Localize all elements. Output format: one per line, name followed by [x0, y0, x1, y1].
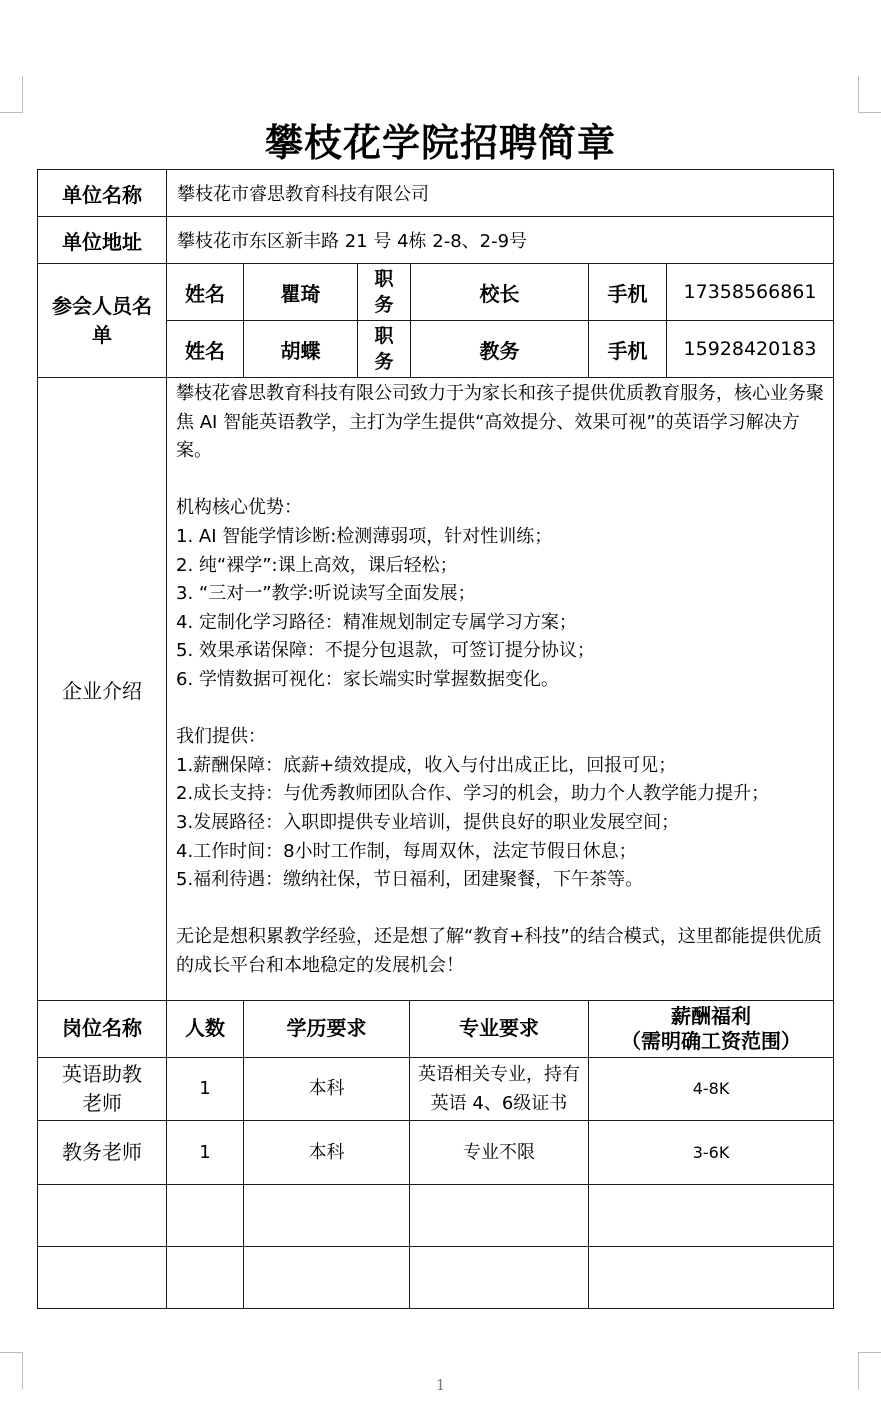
position-salary	[589, 1184, 834, 1246]
offer-item: 1.薪酬保障：底薪+绩效提成，收入与付出成正比，回报可见；	[176, 752, 825, 781]
attendee-title-label: 职务	[358, 264, 411, 321]
offer-item: 5.福利待遇：缴纳社保，节日福利，团建聚餐，下午茶等。	[176, 866, 825, 895]
advantage-item: 4. 定制化学习路径：精准规划制定专属学习方案；	[176, 609, 825, 638]
attendee-phone-label: 手机	[589, 264, 667, 321]
header-salary-line1: 薪酬福利	[589, 1004, 833, 1029]
position-salary: 4-8K	[589, 1057, 834, 1120]
attendee-name: 瞿琦	[244, 264, 358, 321]
position-row-empty	[38, 1246, 834, 1308]
advantage-item: 3. “三对一”教学:听说读写全面发展；	[176, 580, 825, 609]
advantage-item: 1. AI 智能学情诊断:检测薄弱项，针对性训练；	[176, 523, 825, 552]
position-row-empty	[38, 1184, 834, 1246]
position-education	[244, 1184, 410, 1246]
offer-item: 4.工作时间：8小时工作制，每周双休，法定节假日休息；	[176, 838, 825, 867]
company-address-value: 攀枝花市东区新丰路 21 号 4栋 2-8、2-9号	[167, 217, 834, 264]
position-education	[244, 1246, 410, 1308]
header-salary: 薪酬福利 （需明确工资范围）	[589, 1000, 834, 1057]
header-position: 岗位名称	[38, 1000, 167, 1057]
position-count	[167, 1246, 244, 1308]
position-education: 本科	[244, 1057, 410, 1120]
offer-item: 2.成长支持：与优秀教师团队合作、学习的机会，助力个人教学能力提升；	[176, 780, 825, 809]
position-row: 英语助教老师 1 本科 英语相关专业，持有英语 4、6级证书 4-8K	[38, 1057, 834, 1120]
position-row: 教务老师 1 本科 专业不限 3-6K	[38, 1120, 834, 1184]
attendee-name: 胡蝶	[244, 321, 358, 378]
attendee-name-label: 姓名	[167, 264, 244, 321]
page-corner-mark	[858, 76, 881, 113]
attendee-title-label: 职务	[358, 321, 411, 378]
position-major: 英语相关专业，持有英语 4、6级证书	[410, 1057, 589, 1120]
advantages-heading: 机构核心优势：	[176, 494, 825, 523]
offer-item: 3.发展路径：入职即提供专业培训，提供良好的职业发展空间；	[176, 809, 825, 838]
closing-paragraph: 无论是想积累教学经验，还是想了解“教育+科技”的结合模式，这里都能提供优质的成长…	[176, 923, 825, 980]
header-count: 人数	[167, 1000, 244, 1057]
position-salary	[589, 1246, 834, 1308]
advantage-item: 5. 效果承诺保障：不提分包退款，可签订提分协议；	[176, 637, 825, 666]
intro-row: 企业介绍 攀枝花睿思教育科技有限公司致力于为家长和孩子提供优质教育服务，核心业务…	[38, 378, 834, 1001]
intro-label: 企业介绍	[38, 378, 167, 1001]
company-address-label: 单位地址	[38, 217, 167, 264]
company-address-row: 单位地址 攀枝花市东区新丰路 21 号 4栋 2-8、2-9号	[38, 217, 834, 264]
position-name	[38, 1184, 167, 1246]
attendee-title: 教务	[411, 321, 589, 378]
position-count	[167, 1184, 244, 1246]
company-name-label: 单位名称	[38, 170, 167, 217]
position-count: 1	[167, 1120, 244, 1184]
attendee-phone: 15928420183	[667, 321, 834, 378]
header-education: 学历要求	[244, 1000, 410, 1057]
position-education: 本科	[244, 1120, 410, 1184]
attendees-section-label: 参会人员名单	[38, 264, 167, 378]
offers-heading: 我们提供：	[176, 723, 825, 752]
position-major: 专业不限	[410, 1120, 589, 1184]
header-salary-line2: （需明确工资范围）	[589, 1029, 833, 1054]
header-major: 专业要求	[410, 1000, 589, 1057]
advantage-item: 2. 纯“裸学”:课上高效，课后轻松；	[176, 552, 825, 581]
attendee-title: 校长	[411, 264, 589, 321]
position-major	[410, 1184, 589, 1246]
company-name-value: 攀枝花市睿思教育科技有限公司	[167, 170, 834, 217]
page-corner-mark	[0, 76, 23, 113]
attendee-phone-label: 手机	[589, 321, 667, 378]
position-major	[410, 1246, 589, 1308]
position-name	[38, 1246, 167, 1308]
page-number: 1	[0, 1376, 881, 1394]
position-name: 教务老师	[38, 1120, 167, 1184]
page-title: 攀枝花学院招聘简章	[0, 112, 881, 167]
position-salary: 3-6K	[589, 1120, 834, 1184]
position-count: 1	[167, 1057, 244, 1120]
company-name-row: 单位名称 攀枝花市睿思教育科技有限公司	[38, 170, 834, 217]
attendee-phone: 17358566861	[667, 264, 834, 321]
positions-header-row: 岗位名称 人数 学历要求 专业要求 薪酬福利 （需明确工资范围）	[38, 1000, 834, 1057]
intro-paragraph: 攀枝花睿思教育科技有限公司致力于为家长和孩子提供优质教育服务，核心业务聚焦 AI…	[176, 380, 825, 466]
intro-content: 攀枝花睿思教育科技有限公司致力于为家长和孩子提供优质教育服务，核心业务聚焦 AI…	[167, 378, 834, 1001]
advantage-item: 6. 学情数据可视化：家长端实时掌握数据变化。	[176, 666, 825, 695]
attendee-row: 参会人员名单 姓名 瞿琦 职务 校长 手机 17358566861	[38, 264, 834, 321]
position-name: 英语助教老师	[38, 1057, 167, 1120]
attendee-name-label: 姓名	[167, 321, 244, 378]
recruitment-table: 单位名称 攀枝花市睿思教育科技有限公司 单位地址 攀枝花市东区新丰路 21 号 …	[37, 169, 833, 1309]
